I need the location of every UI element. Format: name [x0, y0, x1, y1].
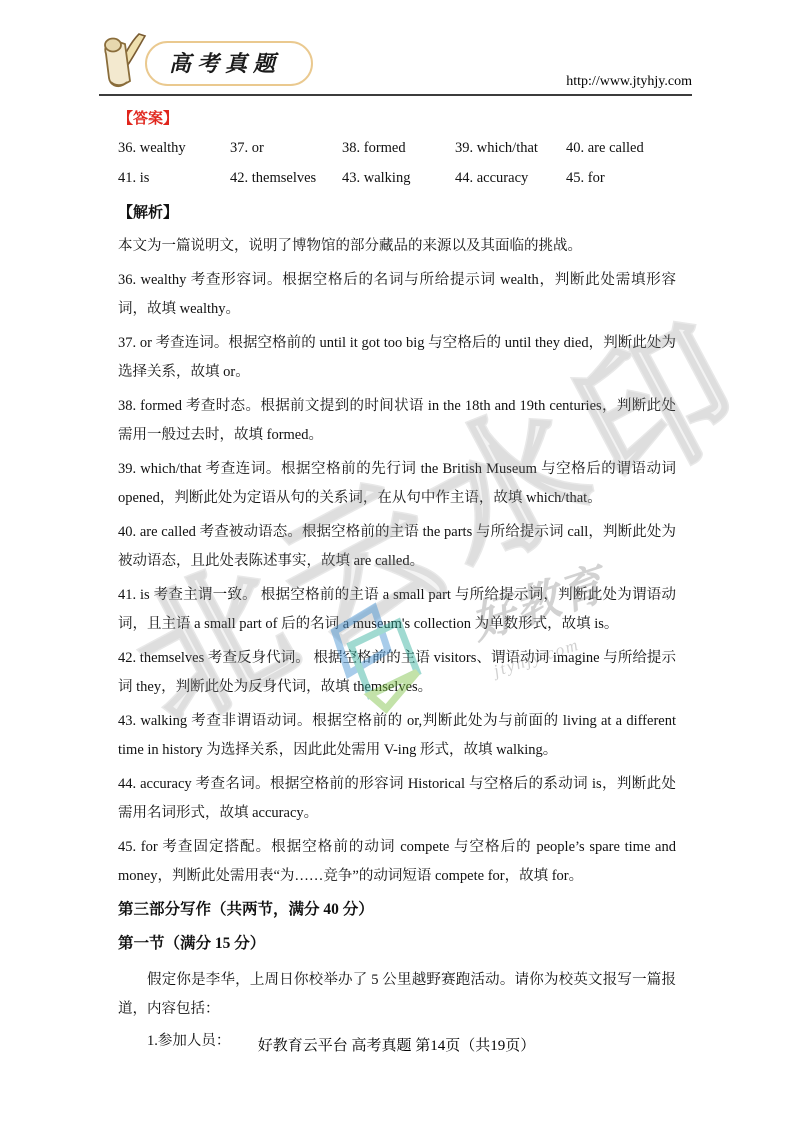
writing-section-heading: 第一节（满分 15 分） — [118, 932, 676, 956]
answer-item: 37. or — [230, 140, 342, 157]
answer-item: 42. themselves — [230, 170, 342, 187]
answers-label: 【答案】 — [118, 107, 676, 128]
page-footer: 好教育云平台 高考真题 第14页（共19页） — [0, 1034, 793, 1055]
analysis-paragraph: 38. formed 考查时态。根据前文提到的时间状语 in the 18th … — [118, 392, 676, 450]
analysis-paragraph: 41. is 考查主谓一致。 根据空格前的主语 a small part 与所给… — [118, 581, 676, 639]
analysis-label: 【解析】 — [118, 201, 676, 222]
answer-item: 40. are called — [566, 140, 676, 157]
writing-task-text: 假定你是李华，上周日你校举办了 5 公里越野赛跑活动。请你为校英文报写一篇报道，… — [118, 966, 676, 1024]
analysis-paragraph: 42. themselves 考查反身代词。 根据空格前的主语 visitors… — [118, 644, 676, 702]
analysis-paragraph: 37. or 考查连词。根据空格前的 until it got too big … — [118, 329, 676, 387]
analysis-paragraph: 36. wealthy 考查形容词。根据空格后的名词与所给提示词 wealth，… — [118, 266, 676, 324]
logo-text: 高考真题 — [169, 51, 281, 76]
analysis-intro: 本文为一篇说明文，说明了博物馆的部分藏品的来源以及其面临的挑战。 — [118, 232, 676, 261]
answers-grid: 36. wealthy 37. or 38. formed 39. which/… — [118, 140, 676, 187]
analysis-paragraph: 39. which/that 考查连词。根据空格前的先行词 the Britis… — [118, 455, 676, 513]
site-logo: 高考真题 — [99, 34, 313, 92]
writing-part-heading: 第三部分写作（共两节，满分 40 分） — [118, 898, 676, 922]
answer-item: 45. for — [566, 170, 676, 187]
analysis-paragraph: 43. walking 考查非谓语动词。根据空格前的 or,判断此处为与前面的 … — [118, 707, 676, 765]
site-url-link[interactable]: http://www.jtyhjy.com — [566, 74, 692, 92]
answer-item: 36. wealthy — [118, 140, 230, 157]
document-page: 北云水印 好教育 jtyhjy.com 高考真 — [0, 0, 793, 1122]
header-divider — [99, 94, 692, 96]
answer-item: 44. accuracy — [455, 170, 566, 187]
analysis-paragraph: 40. are called 考查被动语态。根据空格前的主语 the parts… — [118, 518, 676, 576]
logo-pill: 高考真题 — [145, 41, 313, 86]
answer-item: 41. is — [118, 170, 230, 187]
answer-item: 39. which/that — [455, 140, 566, 157]
answer-item: 38. formed — [342, 140, 455, 157]
scroll-quill-icon — [99, 32, 161, 95]
answer-item: 43. walking — [342, 170, 455, 187]
analysis-paragraph: 45. for 考查固定搭配。根据空格前的动词 compete 与空格后的 pe… — [118, 833, 676, 891]
page-header: 高考真题 http://www.jtyhjy.com — [99, 34, 692, 92]
analysis-paragraph: 44. accuracy 考查名词。根据空格前的形容词 Historical 与… — [118, 770, 676, 828]
main-content: 【答案】 36. wealthy 37. or 38. formed 39. w… — [118, 107, 676, 1055]
